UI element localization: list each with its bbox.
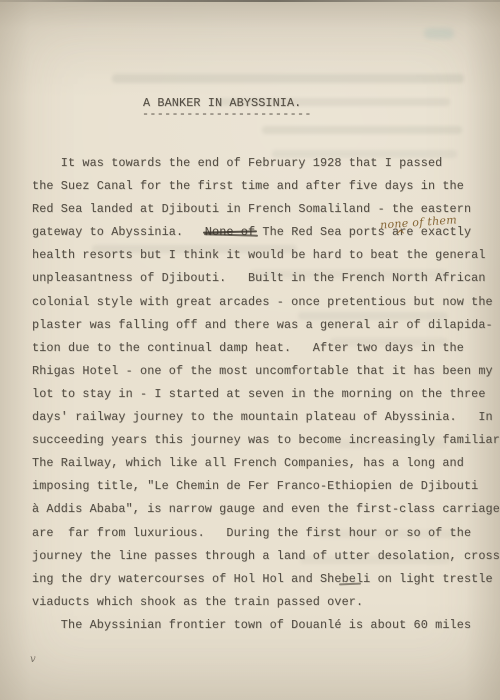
typed-line: colonial style with great arcades - once… [32, 291, 500, 314]
typed-line: unpleasantness of Djibouti. Built in the… [32, 267, 500, 290]
insertion-caret-mark: ^ [396, 227, 406, 243]
typed-line: health resorts but I think it would be h… [32, 244, 500, 267]
typed-line: journey the line passes through a land o… [32, 545, 500, 568]
typed-segment: gateway to Abyssinia. [32, 225, 205, 239]
page-top-edge [0, 0, 500, 2]
typed-line: Rhigas Hotel - one of the most uncomfort… [32, 360, 500, 383]
typed-line: succeeding years this journey was to bec… [32, 429, 500, 452]
title-underline: ----------------------- [142, 107, 312, 121]
typed-line: days' railway journey to the mountain pl… [32, 406, 500, 429]
ink-smudge [424, 28, 454, 39]
typed-line: lot to stay in - I started at seven in t… [32, 383, 500, 406]
typed-line: the Suez Canal for the first time and af… [32, 175, 500, 198]
typed-line: plaster was falling off and there was a … [32, 314, 500, 337]
typed-line: à Addis Ababa", is narrow gauge and even… [32, 498, 500, 521]
typed-line: The Abyssinian frontier town of Douanlé … [32, 614, 500, 637]
typed-line: ing the dry watercourses of Hol Hol and … [32, 568, 500, 591]
typed-line: viaducts which shook as the train passed… [32, 591, 500, 614]
margin-check-mark: v [30, 654, 36, 665]
typed-line: imposing title, "Le Chemin de Fer Franco… [32, 475, 500, 498]
bleedthrough-mark [262, 126, 462, 134]
scanned-document-page: A BANKER IN ABYSSINIA. -----------------… [0, 0, 500, 700]
strikethrough-text: None of [205, 225, 255, 239]
bleedthrough-mark [112, 74, 464, 83]
typed-line: tion due to the continual damp heat. Aft… [32, 337, 500, 360]
typed-line: The Railway, which like all French Compa… [32, 452, 500, 475]
typed-line: are far from luxurious. During the first… [32, 522, 500, 545]
typed-line: It was towards the end of February 1928 … [32, 152, 500, 175]
